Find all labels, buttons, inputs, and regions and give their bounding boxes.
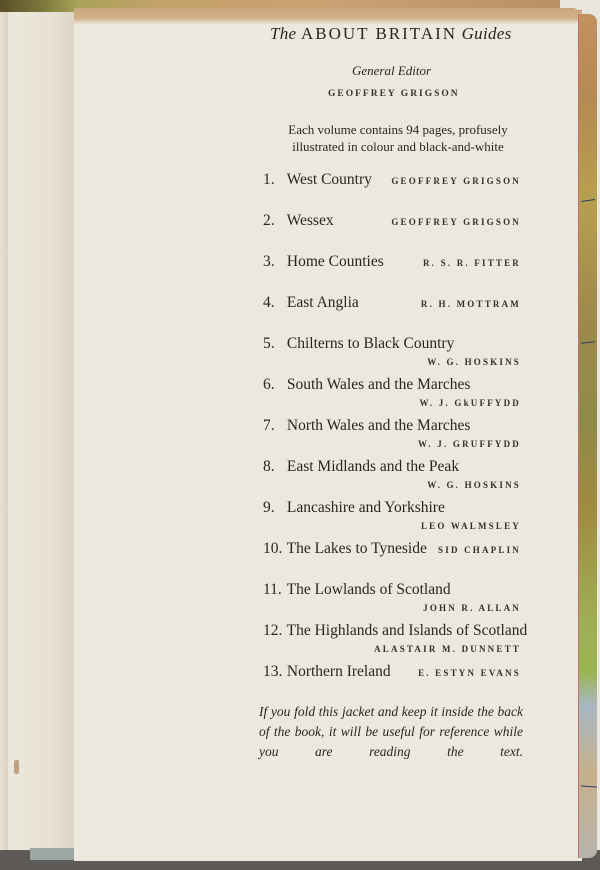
- volume-author: E. ESTYN EVANS: [418, 668, 521, 678]
- volume-author: SID CHAPLIN: [438, 545, 521, 555]
- volume-name: Chilterns to Black Country: [287, 335, 454, 352]
- volume-name: South Wales and the Marches: [287, 376, 471, 393]
- volume-item: 12. The Highlands and Islands of Scotlan…: [263, 622, 523, 656]
- volume-author: W. J. GkUFFYDD: [420, 398, 521, 408]
- volume-title: 8. East Midlands and the Peak: [263, 458, 459, 476]
- footer-note: If you fold this jacket and keep it insi…: [259, 702, 523, 762]
- volume-name: Home Counties: [287, 253, 384, 270]
- volume-item: 13. Northern IrelandE. ESTYN EVANS: [263, 663, 523, 697]
- volume-number: 1.: [263, 171, 283, 189]
- volume-number: 10.: [263, 540, 283, 558]
- volume-title: 7. North Wales and the Marches: [263, 417, 470, 435]
- volume-title: 4. East Anglia: [263, 294, 359, 312]
- volume-item: 6. South Wales and the MarchesW. J. GkUF…: [263, 376, 523, 410]
- volume-name: West Country: [287, 171, 372, 188]
- volume-name: East Midlands and the Peak: [287, 458, 459, 475]
- foxing-stain: [14, 760, 19, 774]
- volume-item: 3. Home CountiesR. S. R. FITTER: [263, 253, 523, 287]
- map-line: [581, 199, 595, 202]
- volume-title: 12. The Highlands and Islands of Scotlan…: [263, 622, 527, 640]
- volume-author: GEOFFREY GRIGSON: [391, 217, 521, 227]
- intro-text: Each volume contains 94 pages, profusely…: [278, 121, 518, 155]
- volume-author: W. J. GRUFFYDD: [418, 439, 521, 449]
- jacket-fold-top: [74, 8, 579, 24]
- volume-number: 8.: [263, 458, 283, 476]
- map-line: [581, 341, 595, 343]
- binding-cloth: [30, 848, 74, 860]
- volume-author: ALASTAIR M. DUNNETT: [374, 644, 521, 654]
- volume-item: 4. East AngliaR. H. MOTTRAM: [263, 294, 523, 328]
- volume-title: 9. Lancashire and Yorkshire: [263, 499, 445, 517]
- series-title: The ABOUT BRITAIN Guides: [270, 24, 520, 44]
- volume-item: 11. The Lowlands of ScotlandJOHN R. ALLA…: [263, 581, 523, 615]
- volume-title: 11. The Lowlands of Scotland: [263, 581, 451, 599]
- series-name: ABOUT BRITAIN: [301, 24, 457, 43]
- volume-number: 6.: [263, 376, 283, 394]
- volume-title: 3. Home Counties: [263, 253, 384, 271]
- volume-number: 2.: [263, 212, 283, 230]
- volume-name: Northern Ireland: [287, 663, 391, 680]
- volume-author: W. G. HOSKINS: [427, 480, 521, 490]
- volume-title: 5. Chilterns to Black Country: [263, 335, 454, 353]
- volume-title: 6. South Wales and the Marches: [263, 376, 470, 394]
- volume-item: 1. West CountryGEOFFREY GRIGSON: [263, 171, 523, 205]
- editor-name: GEOFFREY GRIGSON: [328, 89, 460, 99]
- series-suffix: Guides: [462, 24, 512, 43]
- series-prefix: The: [270, 24, 296, 43]
- map-line: [581, 785, 597, 787]
- volume-name: East Anglia: [287, 294, 359, 311]
- volume-item: 8. East Midlands and the PeakW. G. HOSKI…: [263, 458, 523, 492]
- volume-number: 4.: [263, 294, 283, 312]
- volume-author: R. S. R. FITTER: [423, 258, 521, 268]
- editor-label: General Editor: [352, 63, 431, 79]
- volume-name: Wessex: [287, 212, 334, 229]
- volume-item: 5. Chilterns to Black CountryW. G. HOSKI…: [263, 335, 523, 369]
- volume-number: 12.: [263, 622, 283, 640]
- jacket-map-edge: [578, 14, 597, 858]
- volume-name: The Highlands and Islands of Scotland: [287, 622, 528, 639]
- volume-title: 10. The Lakes to Tyneside: [263, 540, 427, 558]
- volume-author: LEO WALMSLEY: [421, 521, 521, 531]
- volume-item: 2. WessexGEOFFREY GRIGSON: [263, 212, 523, 246]
- volume-title: 13. Northern Ireland: [263, 663, 391, 681]
- volume-author: W. G. HOSKINS: [427, 357, 521, 367]
- volume-author: R. H. MOTTRAM: [421, 299, 521, 309]
- volume-number: 9.: [263, 499, 283, 517]
- endpaper: [8, 12, 75, 852]
- volume-item: 10. The Lakes to TynesideSID CHAPLIN: [263, 540, 523, 574]
- volume-number: 13.: [263, 663, 283, 681]
- volume-item: 9. Lancashire and YorkshireLEO WALMSLEY: [263, 499, 523, 533]
- volume-name: North Wales and the Marches: [287, 417, 471, 434]
- volume-author: GEOFFREY GRIGSON: [391, 176, 521, 186]
- volume-title: 2. Wessex: [263, 212, 334, 230]
- volume-number: 3.: [263, 253, 283, 271]
- volume-author: JOHN R. ALLAN: [423, 603, 521, 613]
- volume-number: 11.: [263, 581, 283, 599]
- volume-title: 1. West Country: [263, 171, 372, 189]
- volume-name: The Lowlands of Scotland: [287, 581, 451, 598]
- volume-name: The Lakes to Tyneside: [287, 540, 427, 557]
- volume-number: 7.: [263, 417, 283, 435]
- volume-name: Lancashire and Yorkshire: [287, 499, 445, 516]
- volume-item: 7. North Wales and the MarchesW. J. GRUF…: [263, 417, 523, 451]
- volume-number: 5.: [263, 335, 283, 353]
